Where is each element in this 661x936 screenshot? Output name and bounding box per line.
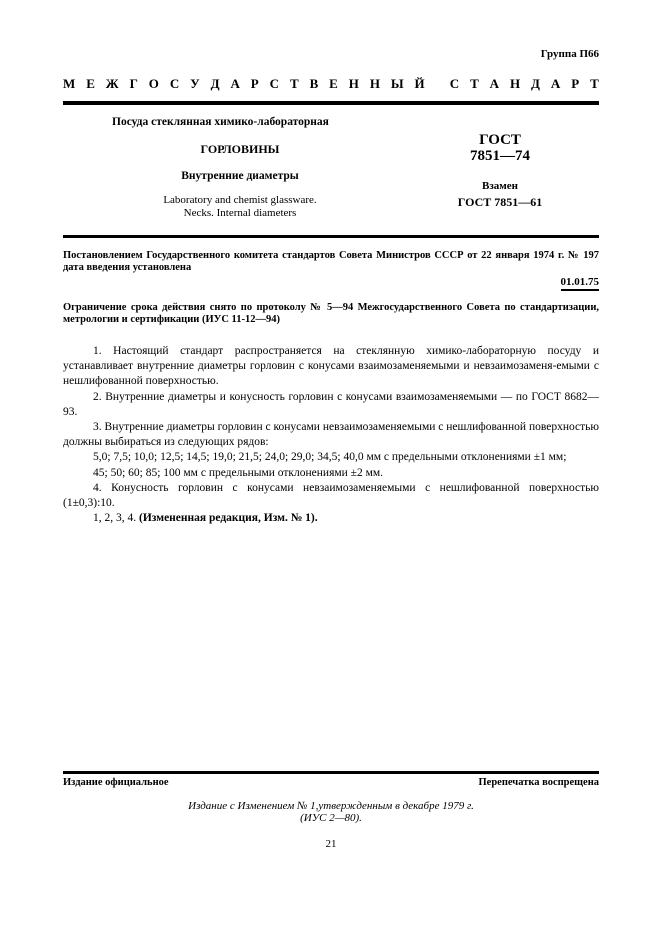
banner-letter: Т [590,76,599,92]
group-code: Группа П66 [541,48,599,60]
banner-letter: У [190,76,200,92]
banner-letter: А [490,76,499,92]
footer-rule [63,771,599,774]
replaces-standard: ГОСТ 7851—61 [420,195,580,210]
banner-letter: Ж [106,76,119,92]
banner-letter: Ы [391,76,404,92]
banner-letter: Р [251,76,259,92]
page-number: 21 [63,838,599,850]
banner-letter: О [149,76,159,92]
banner-letter: Н [349,76,359,92]
clause-3-series-1: 5,0; 7,5; 10,0; 12,5; 14,5; 19,0; 21,5; … [63,450,599,465]
header-rule [63,235,599,238]
designation-block: ГОСТ 7851—74 Взамен ГОСТ 7851—61 [420,132,580,210]
title-block: Посуда стеклянная химико-лабораторная ГО… [100,116,380,220]
title-subtitle: Внутренние диаметры [100,170,380,182]
banner-letter: Е [86,76,95,92]
banner-letter: Н [370,76,380,92]
clause-1: 1. Настоящий стандарт распространяется н… [63,344,599,390]
banner-letter: С [450,76,459,92]
banner-letter: А [551,76,560,92]
effective-date: 01.01.75 [561,276,600,291]
gost-number: 7851—74 [420,148,580,164]
clause-3-series-2: 45; 50; 60; 85; 100 мм с предельными отк… [63,466,599,481]
reprint-prohibited: Перепечатка воспрещена [479,777,599,788]
banner-letter: Д [211,76,220,92]
banner-letter: Г [130,76,138,92]
banner-letter: Н [510,76,520,92]
standard-body: 1. Настоящий стандарт распространяется н… [63,344,599,526]
top-rule [63,101,599,105]
amendment-note: 1, 2, 3, 4. (Измененная редакция, Изм. №… [63,511,599,526]
limitation-text: Ограничение срока действия снято по прот… [63,302,599,326]
replaces-label: Взамен [420,180,580,192]
banner-letter: Т [290,76,299,92]
title-category: Посуда стеклянная химико-лабораторная [112,116,380,128]
banner-letter: М [63,76,75,92]
clause-3: 3. Внутренние диаметры горловин с конуса… [63,420,599,450]
banner-letter: Й [415,76,425,92]
banner-letter: Е [329,76,338,92]
banner-letter: С [270,76,279,92]
banner-letter: В [310,76,319,92]
banner-letter: Т [470,76,479,92]
official-edition: Издание официальное [63,777,169,788]
interstate-standard-banner: МЕЖГОСУДАРСТВЕННЫЙ СТАНДАРТ [63,76,599,92]
banner-letter: С [170,76,179,92]
edition-note: Издание с Изменением № 1,утвержденным в … [63,800,599,824]
banner-letter: Р [571,76,579,92]
banner-letter [436,76,439,92]
clause-4: 4. Конусность горловин с конусами невзаи… [63,481,599,511]
banner-letter: Д [531,76,540,92]
title-main: ГОРЛОВИНЫ [100,142,380,157]
banner-letter: А [230,76,239,92]
gost-label: ГОСТ [420,132,580,148]
decree-text: Постановлением Государственного комитета… [63,250,599,274]
title-english: Laboratory and chemist glassware. Necks.… [100,194,380,220]
clause-2: 2. Внутренние диаметры и конусность горл… [63,390,599,420]
